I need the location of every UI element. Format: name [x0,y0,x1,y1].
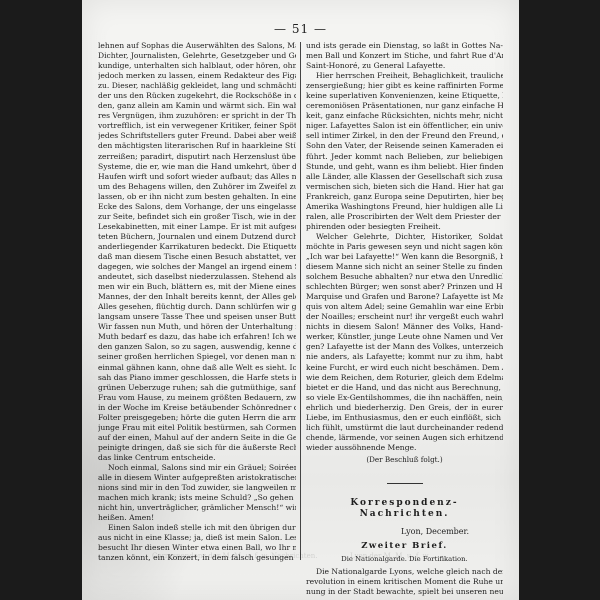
letter-title: Zweiter Brief. [306,541,503,551]
page-number: — 51 — [82,22,519,36]
text-line: daß man diesem Tische einen Besuch absta… [98,252,296,262]
text-line: ralen, alle Proscribirten der Welt dem P… [306,212,503,222]
text-line: zur Seite, befindet sich ein großer Tisc… [98,212,296,222]
text-line: führt. Jeder kommt nach Belieben, zur be… [306,152,503,162]
text-line: Einen Salon indeß stelle ich mit den übr… [98,523,296,533]
text-line: nicht hin, unverträglicher, grämlicher M… [98,503,296,513]
column-divider [300,42,301,560]
text-line: vermischen sich, bieten sich die Hand. H… [306,182,503,192]
text-line: anderliegender Karrikaturen bedeckt. Die… [98,242,296,252]
text-line: Haufen wirft und sofort wieder aufbaut; … [98,172,296,182]
text-line: Stunde, und geht, wann es ihm beliebt. H… [306,162,503,172]
document-page: — 51 — lehnen auf Sophas die Auserwählte… [82,0,519,600]
text-line: langsam unsere Tasse Thee und speisen un… [98,312,296,322]
text-line: chende, lärmende, vor seinen Augen sich … [306,433,503,443]
text-line: Frankreich, ganz Europa seine Deputirten… [306,192,503,202]
text-line: jedoch merken zu lassen, einem Redakteur… [98,71,296,81]
continuation-note: (Der Beschluß folgt.) [306,455,503,465]
text-line: wie dem Reichen, dem Roturier, gleich de… [306,373,503,383]
text-line: Systeme, die er, wie man die Hand umkehr… [98,162,296,172]
text-line: Mannes, der den Inhalt bereits kennt, de… [98,292,296,302]
text-line: seiner großen herrlichen Spiegel, vor de… [98,352,296,362]
text-line: Muth bedarf es dazu, das habe ich erfahr… [98,332,296,342]
text-line: peinigte dringen, daß sie sich für die ä… [98,443,296,453]
text-line: jedes Schriftstellers guter Freund. Dabe… [98,131,296,141]
paragraph: und ists gerade ein Dienstag, so laßt in… [306,41,503,71]
text-line: grünen Ueberzuge ruhen; sah die gutmüthi… [98,383,296,393]
text-line: schlechten Bürger; wen sonst aber? Prinz… [306,282,503,292]
text-line: in der Woche im Kreise betäubender Schön… [98,403,296,413]
right-column-paragraphs: und ists gerade ein Dienstag, so laßt in… [306,41,503,453]
text-line: men Ball und Konzert im Stiche, und fahr… [306,51,503,61]
text-line: Noch einmal, Salons sind mir ein Gräuel;… [98,463,296,473]
text-line: niger. Lafayettes Salon ist ein öffentli… [306,121,503,131]
text-line: revolution in einem kritischen Moment di… [306,577,503,587]
text-line: wieder aussöhnende Menge. [306,443,503,453]
text-line: das linke Centrum entscheide. [98,453,296,463]
text-line: phirenden oder besiegten Freiheit. [306,222,503,232]
bleed-through-text-left: Correspondenz der M. M. u. f. w. Nachric… [152,552,317,560]
text-line: sah das Piano immer geschlossen, die Har… [98,373,296,383]
text-line: keit, ganz einfache Rücksichten, nichts … [306,111,503,121]
text-line: Alles gesehen, flüchtig durch. Dann schl… [98,302,296,312]
text-line: bietet er die Hand, und das nicht aus Be… [306,383,503,393]
text-line: res Vergnügen, ihm zuzuhören: er spricht… [98,111,296,121]
text-line: zerreißen; paradirt, disputirt nach Herz… [98,152,296,162]
text-line: und ists gerade ein Dienstag, so laßt in… [306,41,503,51]
text-line: Wir fassen nun Muth, und hören der Unter… [98,322,296,332]
text-line: Saint-Honoré, zu General Lafayette. [306,61,503,71]
text-line: keine superlativen Konvenienzen, keine E… [306,91,503,101]
text-line: Die Nationalgarde Lyons, welche gleich n… [306,567,503,577]
text-line: auf der einen, Mahul auf der andern Seit… [98,433,296,443]
dateline: Lyon, December. [306,527,503,537]
text-line: Amerika Washingtons Freund, hier huldige… [306,202,503,212]
text-line: nie anders, als Lafayette; kommt nur zu … [306,352,503,362]
letter-paragraph: Die Nationalgarde Lyons, welche gleich n… [306,567,503,597]
left-column: lehnen auf Sophas die Auserwählten des S… [98,41,296,563]
text-line: Marquise und Grafen und Barone? Lafayett… [306,292,503,302]
bleed-through-text-right: Lyon der M. M. u. f. w. [350,552,430,560]
text-line: lehnen auf Sophas die Auserwählten des S… [98,41,296,51]
section-heading: Korrespondenz-Nachrichten. [306,498,503,518]
text-line: so viele Ex-Gentilshommes, die ihn nachä… [306,393,503,403]
section-rule [387,483,423,485]
text-line: nions sind mir in den Tod zuwider, sie l… [98,483,296,493]
text-line: Ecke des Salons, dem Vorhange, der uns e… [98,202,296,212]
text-line: um des Behagens willen, den Zuhörer im Z… [98,182,296,192]
text-line: teten Büchern, Journalen und einem Dutze… [98,232,296,242]
text-line: junge Frau mit eitel Politik bestürmen, … [98,423,296,433]
text-line: alle in diesem Winter aufgepreßten arist… [98,473,296,483]
text-line: andeutet, sich daselbst niederzulassen. … [98,272,296,282]
text-line: der Noailles; erscheint nur! ihr vergeßt… [306,312,503,322]
text-line: machen mich krank; ists meine Schuld? „S… [98,493,296,503]
text-line: lich fühlt, umstürmt die laut durcheinan… [306,423,503,433]
text-line: einmal gähnen kann, ohne daß alle Welt e… [98,363,296,373]
text-line: zu. Dieser, nachläßig gekleidet, lang un… [98,81,296,91]
text-line: quis von altem Adel; seine Gemahlin war … [306,302,503,312]
text-line: Lesekabinetten, mit einer Lampe. Er ist … [98,222,296,232]
paragraph: Hier herrschen Freiheit, Behaglichkeit, … [306,71,503,232]
text-line: alle Länder, alle Klassen der Gesellscha… [306,172,503,182]
text-line: lassen, ob er ihn nicht zum besten gehal… [98,192,296,202]
text-line: den mächtigsten literarischen Ruf in haa… [98,141,296,151]
paragraph: lehnen auf Sophas die Auserwählten des S… [98,41,296,463]
text-line: men wir ein Buch, blättern es, mit der M… [98,282,296,292]
text-line: ceremoniösen Präsentationen, nur ganz ei… [306,101,503,111]
text-line: dagegen, wie solches der Mangel an irgen… [98,262,296,272]
paragraph: Noch einmal, Salons sind mir ein Gräuel;… [98,463,296,523]
text-line: keine Furcht, er wird euch nicht beschäm… [306,363,503,373]
paragraph: Welcher Gelehrte, Dichter, Historiker, S… [306,232,503,453]
text-line: vortrefflich, ist ein verwegener Kritike… [98,121,296,131]
text-line: Hier herrschen Freiheit, Behaglichkeit, … [306,71,503,81]
text-line: der uns den Rücken zugekehrt, die Rocksc… [98,91,296,101]
text-line: gen? Lafayette ist der Mann des Volkes, … [306,342,503,352]
text-line: zensergießung; hier gibt es keine raffin… [306,81,503,91]
text-line: werker, Künstler, junge Leute ohne Namen… [306,332,503,342]
text-line: ehrlich und biederherzig. Den Greis, der… [306,403,503,413]
text-line: den, ganz allein am Kamin und wärmt sich… [98,101,296,111]
text-line: Sohn den Vater, der Reisende seinen Kame… [306,141,503,151]
text-line: Welcher Gelehrte, Dichter, Historiker, S… [306,232,503,242]
text-line: Folter preisgegeben; hörte die guten Her… [98,413,296,423]
text-line: nichts in diesem Salon! Männer des Volks… [306,322,503,332]
text-line: heißen. Amen! [98,513,296,523]
text-line: Dichter, Journalisten, Gelehrte, Gesetzg… [98,51,296,61]
text-line: möchte in Paris gewesen seyn und nicht s… [306,242,503,252]
text-line: sell intimer Zirkel, in den der Freund d… [306,131,503,141]
text-line: Liebe, im Enthusiasmus, den er euch einf… [306,413,503,423]
text-line: aus nicht in eine Klasse; ja, dieß ist m… [98,533,296,543]
text-line: den ganzen Salon, so zu sagen, auswendig… [98,342,296,352]
text-line: „Ich war bei Lafayette!“ Wen kann die Be… [306,252,503,262]
text-line: Frau vom Hause, zu meinem größten Bedaue… [98,393,296,403]
text-line: diesem Manne sich nicht an seiner Stelle… [306,262,503,272]
text-line: kundige, unterhalten sich halblaut, oder… [98,61,296,71]
right-column: und ists gerade ein Dienstag, so laßt in… [306,41,503,597]
text-line: nung in der Stadt bewachte, spielt bei u… [306,587,503,597]
text-line: solchem Besuche abhalten? nur etwa den U… [306,272,503,282]
